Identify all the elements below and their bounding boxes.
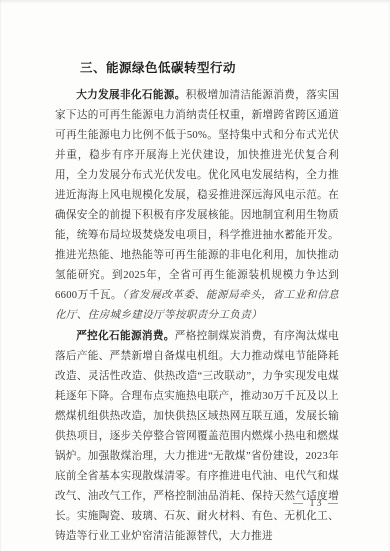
paragraph-1-body: 积极增加清洁能源消费，落实国家下达的可再生能源电力消纳责任权重，新增跨省跨区通道… (55, 90, 339, 301)
text-block: 三、能源绿色低碳转型行动 大力发展非化石能源。积极增加清洁能源消费，落实国家下达… (55, 58, 339, 547)
paragraph-1-lead: 大力发展非化石能源。 (76, 89, 186, 101)
document-page: 三、能源绿色低碳转型行动 大力发展非化石能源。积极增加清洁能源消费，落实国家下达… (0, 0, 390, 551)
page-number: — 13 — (293, 498, 340, 509)
paragraph-1: 大力发展非化石能源。积极增加清洁能源消费，落实国家下达的可再生能源电力消纳责任权… (55, 85, 339, 326)
section-heading: 三、能源绿色低碳转型行动 (55, 58, 339, 78)
paragraph-2-lead: 严控化石能源消费。 (76, 330, 175, 342)
paragraph-2: 严控化石能源消费。严格控制煤炭消费，有序淘汰煤电落后产能、严禁新增自备煤电机组。… (55, 326, 339, 547)
paragraph-2-body: 严格控制煤炭消费，有序淘汰煤电落后产能、严禁新增自备煤电机组。大力推动煤电节能降… (55, 331, 339, 542)
